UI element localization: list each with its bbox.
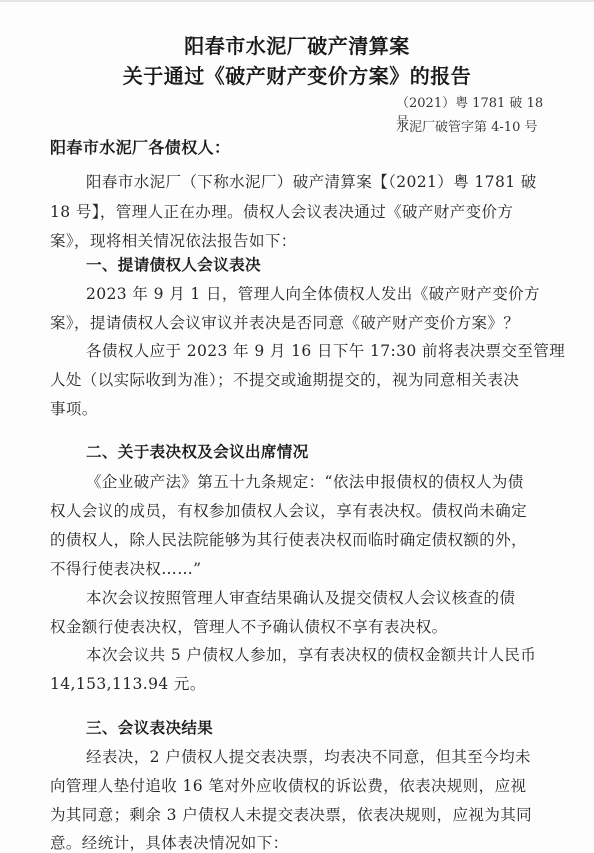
intro-line-2: 18 号】，管理人正在办理。债权人会议表决通过《破产财产变价方: [50, 200, 513, 222]
section-2-line-2: 权人会议的成员，有权参加债权人会议，享有表决权。债权尚未确定: [50, 499, 527, 521]
section-2-line-6: 权金额行使表决权，管理人不予确认债权不享有表决权。: [50, 615, 448, 637]
document-number: 水泥厂破管字第 4-10 号: [396, 116, 550, 135]
section-1-line-2: 案》，提请债权人会议审议并表决是否同意《破产财产变价方案》？: [50, 311, 519, 333]
section-2-line-5: 本次会议按照管理人审查结果确认及提交债权人会议核查的债: [86, 586, 515, 608]
section-2-heading: 二、关于表决权及会议出席情况: [86, 440, 309, 462]
document-page: 阳春市水泥厂破产清算案 关于通过《破产财产变价方案》的报告 （2021）粤 17…: [0, 0, 594, 853]
intro-line-1: 阳春市水泥厂（下称水泥厂）破产清算案【（2021）粤 1781 破: [86, 170, 537, 192]
intro-line-3: 案》，现将相关情况依法报告如下：: [50, 229, 297, 251]
section-3-heading: 三、会议表决结果: [86, 716, 213, 738]
section-2-line-1: 《企业破产法》第五十九条规定：“依法申报债权的债权人为债: [86, 470, 524, 492]
section-3-line-2: 向管理人垫付追收 16 笔对外应收债权的诉讼费，依表决规则，应视: [50, 774, 526, 796]
section-2-line-3: 的债权人，除人民法院能够为其行使表决权而临时确定债权额的外，: [50, 528, 527, 550]
section-1-line-3: 各债权人应于 2023 年 9 月 16 日下午 17:30 前将表决票交至管理: [86, 339, 565, 361]
section-3-line-3: 为其同意；剩余 3 户债权人未提交表决票，依表决规则，应视为其同: [50, 803, 532, 825]
section-3-line-4: 意。经统计，具体表决情况如下：: [50, 831, 289, 853]
section-2-line-7: 本次会议共 5 户债权人参加，享有表决权的债权金额共计人民币: [86, 643, 536, 665]
document-title-line1: 阳春市水泥厂破产清算案: [0, 30, 594, 59]
section-2-line-4: 不得行使表决权……”: [50, 557, 201, 579]
page-top-edge: [0, 0, 594, 2]
salutation: 阳春市水泥厂各债权人：: [50, 135, 230, 158]
section-2-line-8: 14,153,113.94 元。: [50, 672, 206, 694]
section-1-line-1: 2023 年 9 月 1 日，管理人向全体债权人发出《破产财产变价方: [86, 282, 540, 304]
section-3-line-1: 经表决，2 户债权人提交表决票，均表决不同意，但其至今均未: [86, 745, 531, 767]
document-title-line2: 关于通过《破产财产变价方案》的报告: [0, 60, 594, 89]
section-1-heading: 一、提请债权人会议表决: [86, 253, 261, 275]
section-1-line-4: 人处（以实际收到为准）；不提交或逾期提交的，视为同意相关表决: [50, 368, 519, 390]
section-1-line-5: 事项。: [50, 397, 98, 419]
